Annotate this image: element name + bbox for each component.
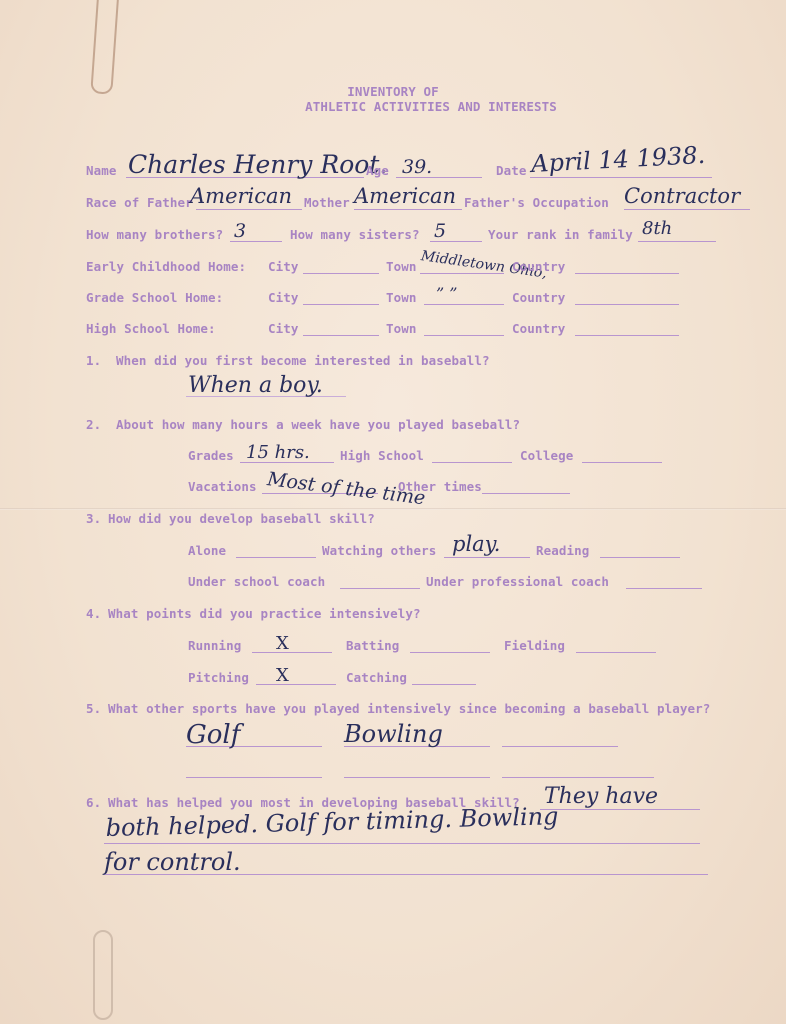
q6-answer-line1[interactable]: They have — [544, 784, 658, 809]
college-hours-field[interactable] — [582, 462, 662, 463]
high-school-town-label: Town — [386, 321, 417, 336]
date-label: Date — [496, 163, 527, 178]
q5-answer-6[interactable] — [502, 777, 654, 778]
sisters-label: How many sisters? — [290, 227, 420, 242]
q5-number: 5. — [86, 701, 101, 716]
mother-field[interactable]: American — [354, 184, 456, 208]
father-occupation-label: Father's Occupation — [464, 195, 609, 210]
grade-school-town-field[interactable]: ” ” — [436, 284, 457, 303]
race-father-line — [196, 209, 302, 210]
q3-text: How did you develop baseball skill? — [108, 511, 375, 526]
rank-line — [638, 241, 716, 242]
race-father-field[interactable]: American — [190, 184, 292, 208]
grade-school-home-label: Grade School Home: — [86, 290, 223, 305]
early-childhood-town-label: Town — [386, 259, 417, 274]
q1-number: 1. — [86, 353, 101, 368]
grade-school-town-label: Town — [386, 290, 417, 305]
q6-line-2 — [104, 843, 700, 844]
q1-answer-field[interactable]: When a boy. — [188, 373, 323, 398]
high-school-country-field[interactable] — [575, 335, 679, 336]
date-line — [530, 177, 712, 178]
paper-clip-mark-bottom — [93, 930, 113, 1020]
early-childhood-country-field[interactable] — [575, 273, 679, 274]
other-times-label: Other times — [398, 479, 482, 494]
grade-school-city-field[interactable] — [303, 304, 379, 305]
high-school-city-field[interactable] — [303, 335, 379, 336]
q1-text: When did you first become interested in … — [116, 353, 490, 368]
early-childhood-home-label: Early Childhood Home: — [86, 259, 246, 274]
mother-label: Mother — [304, 195, 350, 210]
grades-label: Grades — [188, 448, 234, 463]
high-school-hours-label: High School — [340, 448, 424, 463]
doc-title-line2: ATHLETIC ACTIVITIES AND INTERESTS — [38, 99, 786, 114]
batting-field[interactable] — [410, 652, 490, 653]
brothers-label: How many brothers? — [86, 227, 223, 242]
running-label: Running — [188, 638, 241, 653]
school-coach-field[interactable] — [340, 588, 420, 589]
q6-answer-line3[interactable]: for control. — [104, 848, 241, 876]
catching-field[interactable] — [412, 684, 476, 685]
q6-number: 6. — [86, 795, 101, 810]
rank-label: Your rank in family — [488, 227, 633, 242]
high-school-hours-field[interactable] — [432, 462, 512, 463]
pitching-label: Pitching — [188, 670, 249, 685]
age-label: Age — [366, 163, 389, 178]
fielding-field[interactable] — [576, 652, 656, 653]
q5-answer-2[interactable]: Bowling — [344, 720, 443, 748]
rank-field[interactable]: 8th — [642, 218, 672, 239]
early-childhood-city-field[interactable] — [303, 273, 379, 274]
college-hours-label: College — [520, 448, 573, 463]
pro-coach-label: Under professional coach — [426, 574, 609, 589]
grade-school-town-line — [424, 304, 504, 305]
high-school-home-label: High School Home: — [86, 321, 216, 336]
q3-number: 3. — [86, 511, 101, 526]
running-line — [252, 652, 332, 653]
catching-label: Catching — [346, 670, 407, 685]
race-father-label: Race of Father — [86, 195, 193, 210]
q6-line-1 — [540, 809, 700, 810]
pitching-field[interactable]: X — [276, 665, 289, 686]
alone-field[interactable] — [236, 557, 316, 558]
q5-answer-5[interactable] — [344, 777, 490, 778]
q4-text: What points did you practice intensively… — [108, 606, 421, 621]
mother-line — [354, 209, 462, 210]
q5-answer-3[interactable] — [502, 746, 618, 747]
fold-line — [0, 508, 786, 510]
batting-label: Batting — [346, 638, 399, 653]
age-field[interactable]: 39. — [402, 156, 432, 178]
running-field[interactable]: X — [276, 633, 289, 654]
watching-others-label: Watching others — [322, 543, 436, 558]
q2-text: About how many hours a week have you pla… — [116, 417, 520, 432]
high-school-city-label: City — [268, 321, 299, 336]
pitching-line — [256, 684, 336, 685]
reading-field[interactable] — [600, 557, 680, 558]
grade-school-country-label: Country — [512, 290, 565, 305]
q5-text: What other sports have you played intens… — [108, 701, 710, 716]
q5-answer-4[interactable] — [186, 777, 322, 778]
early-childhood-city-label: City — [268, 259, 299, 274]
fielding-label: Fielding — [504, 638, 565, 653]
vacations-label: Vacations — [188, 479, 257, 494]
alone-label: Alone — [188, 543, 226, 558]
sisters-field[interactable]: 5 — [434, 220, 446, 242]
other-times-field[interactable] — [482, 493, 570, 494]
grade-school-country-field[interactable] — [575, 304, 679, 305]
high-school-country-label: Country — [512, 321, 565, 336]
school-coach-label: Under school coach — [188, 574, 325, 589]
name-field[interactable]: Charles Henry Root. — [128, 150, 387, 179]
grade-school-city-label: City — [268, 290, 299, 305]
pro-coach-field[interactable] — [626, 588, 702, 589]
father-occupation-line — [624, 209, 750, 210]
high-school-town-field[interactable] — [424, 335, 504, 336]
father-occupation-field[interactable]: Contractor — [624, 184, 740, 208]
watching-others-line — [444, 557, 530, 558]
q5-answer-1[interactable]: Golf — [186, 720, 240, 750]
early-childhood-country-label: Country — [512, 259, 565, 274]
q2-number: 2. — [86, 417, 101, 432]
name-label: Name — [86, 163, 117, 178]
q4-number: 4. — [86, 606, 101, 621]
watching-others-field[interactable]: play. — [452, 532, 500, 556]
reading-label: Reading — [536, 543, 589, 558]
brothers-field[interactable]: 3 — [234, 220, 246, 242]
doc-title-line1: INVENTORY OF — [0, 84, 786, 99]
grades-field[interactable]: 15 hrs. — [246, 442, 310, 463]
